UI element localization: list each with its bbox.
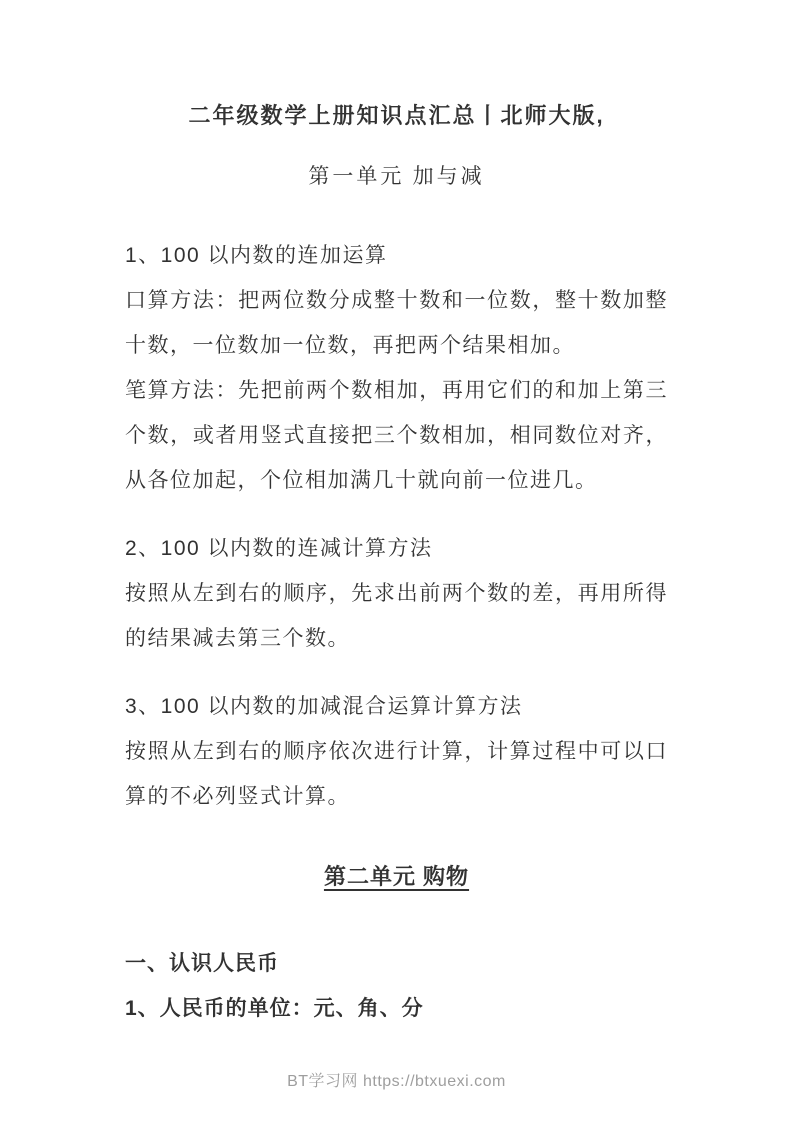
unit2-subheading: 一、认识人民币 — [125, 941, 668, 986]
document-title: 二年级数学上册知识点汇总丨北师大版, — [125, 0, 668, 131]
section-2-heading: 2、100 以内数的连减计算方法 — [125, 526, 668, 571]
unit2-heading: 第二单元 购物 — [125, 857, 668, 897]
footer-watermark: BT学习网 https://btxuexi.com — [0, 1068, 793, 1091]
section-3-heading: 3、100 以内数的加减混合运算计算方法 — [125, 684, 668, 729]
section-1: 1、100 以内数的连加运算 口算方法：把两位数分成整十数和一位数，整十数加整十… — [125, 233, 668, 503]
section-1-heading: 1、100 以内数的连加运算 — [125, 233, 668, 278]
unit2-item: 1、人民币的单位：元、角、分 — [125, 986, 668, 1031]
section-2-paragraph: 按照从左到右的顺序，先求出前两个数的差，再用所得的结果减去第三个数。 — [125, 571, 668, 661]
section-3: 3、100 以内数的加减混合运算计算方法 按照从左到右的顺序依次进行计算，计算过… — [125, 684, 668, 819]
section-3-paragraph: 按照从左到右的顺序依次进行计算，计算过程中可以口算的不必列竖式计算。 — [125, 729, 668, 819]
page-content: 二年级数学上册知识点汇总丨北师大版, 第一单元 加与减 1、100 以内数的连加… — [0, 0, 793, 1031]
section-1-paragraph: 笔算方法：先把前两个数相加，再用它们的和加上第三个数，或者用竖式直接把三个数相加… — [125, 368, 668, 503]
section-2: 2、100 以内数的连减计算方法 按照从左到右的顺序，先求出前两个数的差，再用所… — [125, 526, 668, 661]
document-page: 二年级数学上册知识点汇总丨北师大版, 第一单元 加与减 1、100 以内数的连加… — [0, 0, 793, 1122]
unit1-sections: 1、100 以内数的连加运算 口算方法：把两位数分成整十数和一位数，整十数加整十… — [125, 233, 668, 819]
unit1-heading: 第一单元 加与减 — [125, 160, 668, 192]
section-1-paragraph: 口算方法：把两位数分成整十数和一位数，整十数加整十数，一位数加一位数，再把两个结… — [125, 278, 668, 368]
